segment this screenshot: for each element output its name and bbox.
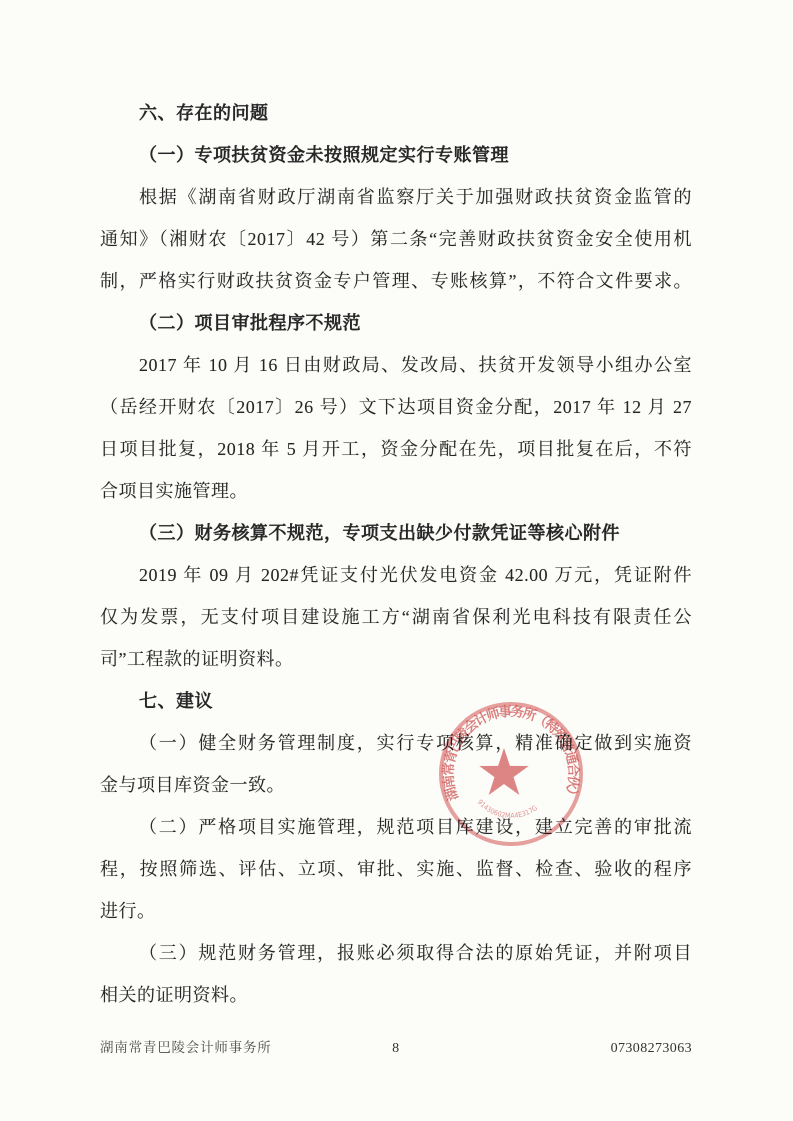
text-line: 仅为发票，无支付项目建设施工方“湖南省保利光电科技有限责任公	[100, 596, 692, 638]
text-line: 根据《湖南省财政厅湖南省监察厅关于加强财政扶贫资金监管的	[100, 176, 692, 218]
section-heading: 六、存在的问题	[100, 92, 692, 134]
text-line: （三）规范财务管理，报账必须取得合法的原始凭证，并附项目	[100, 932, 692, 974]
text-line: （岳经开财农〔2017〕26 号）文下达项目资金分配，2017 年 12 月 2…	[100, 386, 692, 428]
text-line: 合项目实施管理。	[100, 470, 692, 512]
text-line: 程，按照筛选、评估、立项、审批、实施、监督、检查、验收的程序	[100, 848, 692, 890]
text-line: （一）健全财务管理制度，实行专项核算，精准确定做到实施资	[100, 722, 692, 764]
text-line: 日项目批复，2018 年 5 月开工，资金分配在先，项目批复在后，不符	[100, 428, 692, 470]
text-line: 司”工程款的证明资料。	[100, 638, 692, 680]
footer-firm-name: 湖南常青巴陵会计师事务所	[100, 1036, 392, 1056]
text-line: 通知》（湘财农〔2017〕42 号）第二条“完善财政扶贫资金安全使用机	[100, 218, 692, 260]
footer-page-number: 8	[392, 1041, 400, 1057]
text-line: 金与项目库资金一致。	[100, 764, 692, 806]
subsection-heading: （三）财务核算不规范，专项支出缺少付款凭证等核心附件	[100, 512, 692, 554]
page: 六、存在的问题 （一）专项扶贫资金未按照规定实行专账管理 根据《湖南省财政厅湖南…	[0, 0, 793, 1121]
text-line: 相关的证明资料。	[100, 974, 692, 1016]
subsection-heading: （一）专项扶贫资金未按照规定实行专账管理	[100, 134, 692, 176]
document-body: 六、存在的问题 （一）专项扶贫资金未按照规定实行专账管理 根据《湖南省财政厅湖南…	[100, 92, 692, 1016]
text-line: 进行。	[100, 890, 692, 932]
text-line: 制，严格实行财政扶贫资金专户管理、专账核算”，不符合文件要求。	[100, 260, 692, 302]
text-line: 2019 年 09 月 202#凭证支付光伏发电资金 42.00 万元，凭证附件	[100, 554, 692, 596]
text-line: （二）严格项目实施管理，规范项目库建设，建立完善的审批流	[100, 806, 692, 848]
section-heading: 七、建议	[100, 680, 692, 722]
subsection-heading: （二）项目审批程序不规范	[100, 302, 692, 344]
text-line: 2017 年 10 月 16 日由财政局、发改局、扶贫开发领导小组办公室	[100, 344, 692, 386]
page-footer: 湖南常青巴陵会计师事务所 8 07308273063	[100, 1036, 692, 1057]
footer-report-number: 07308273063	[400, 1041, 692, 1057]
